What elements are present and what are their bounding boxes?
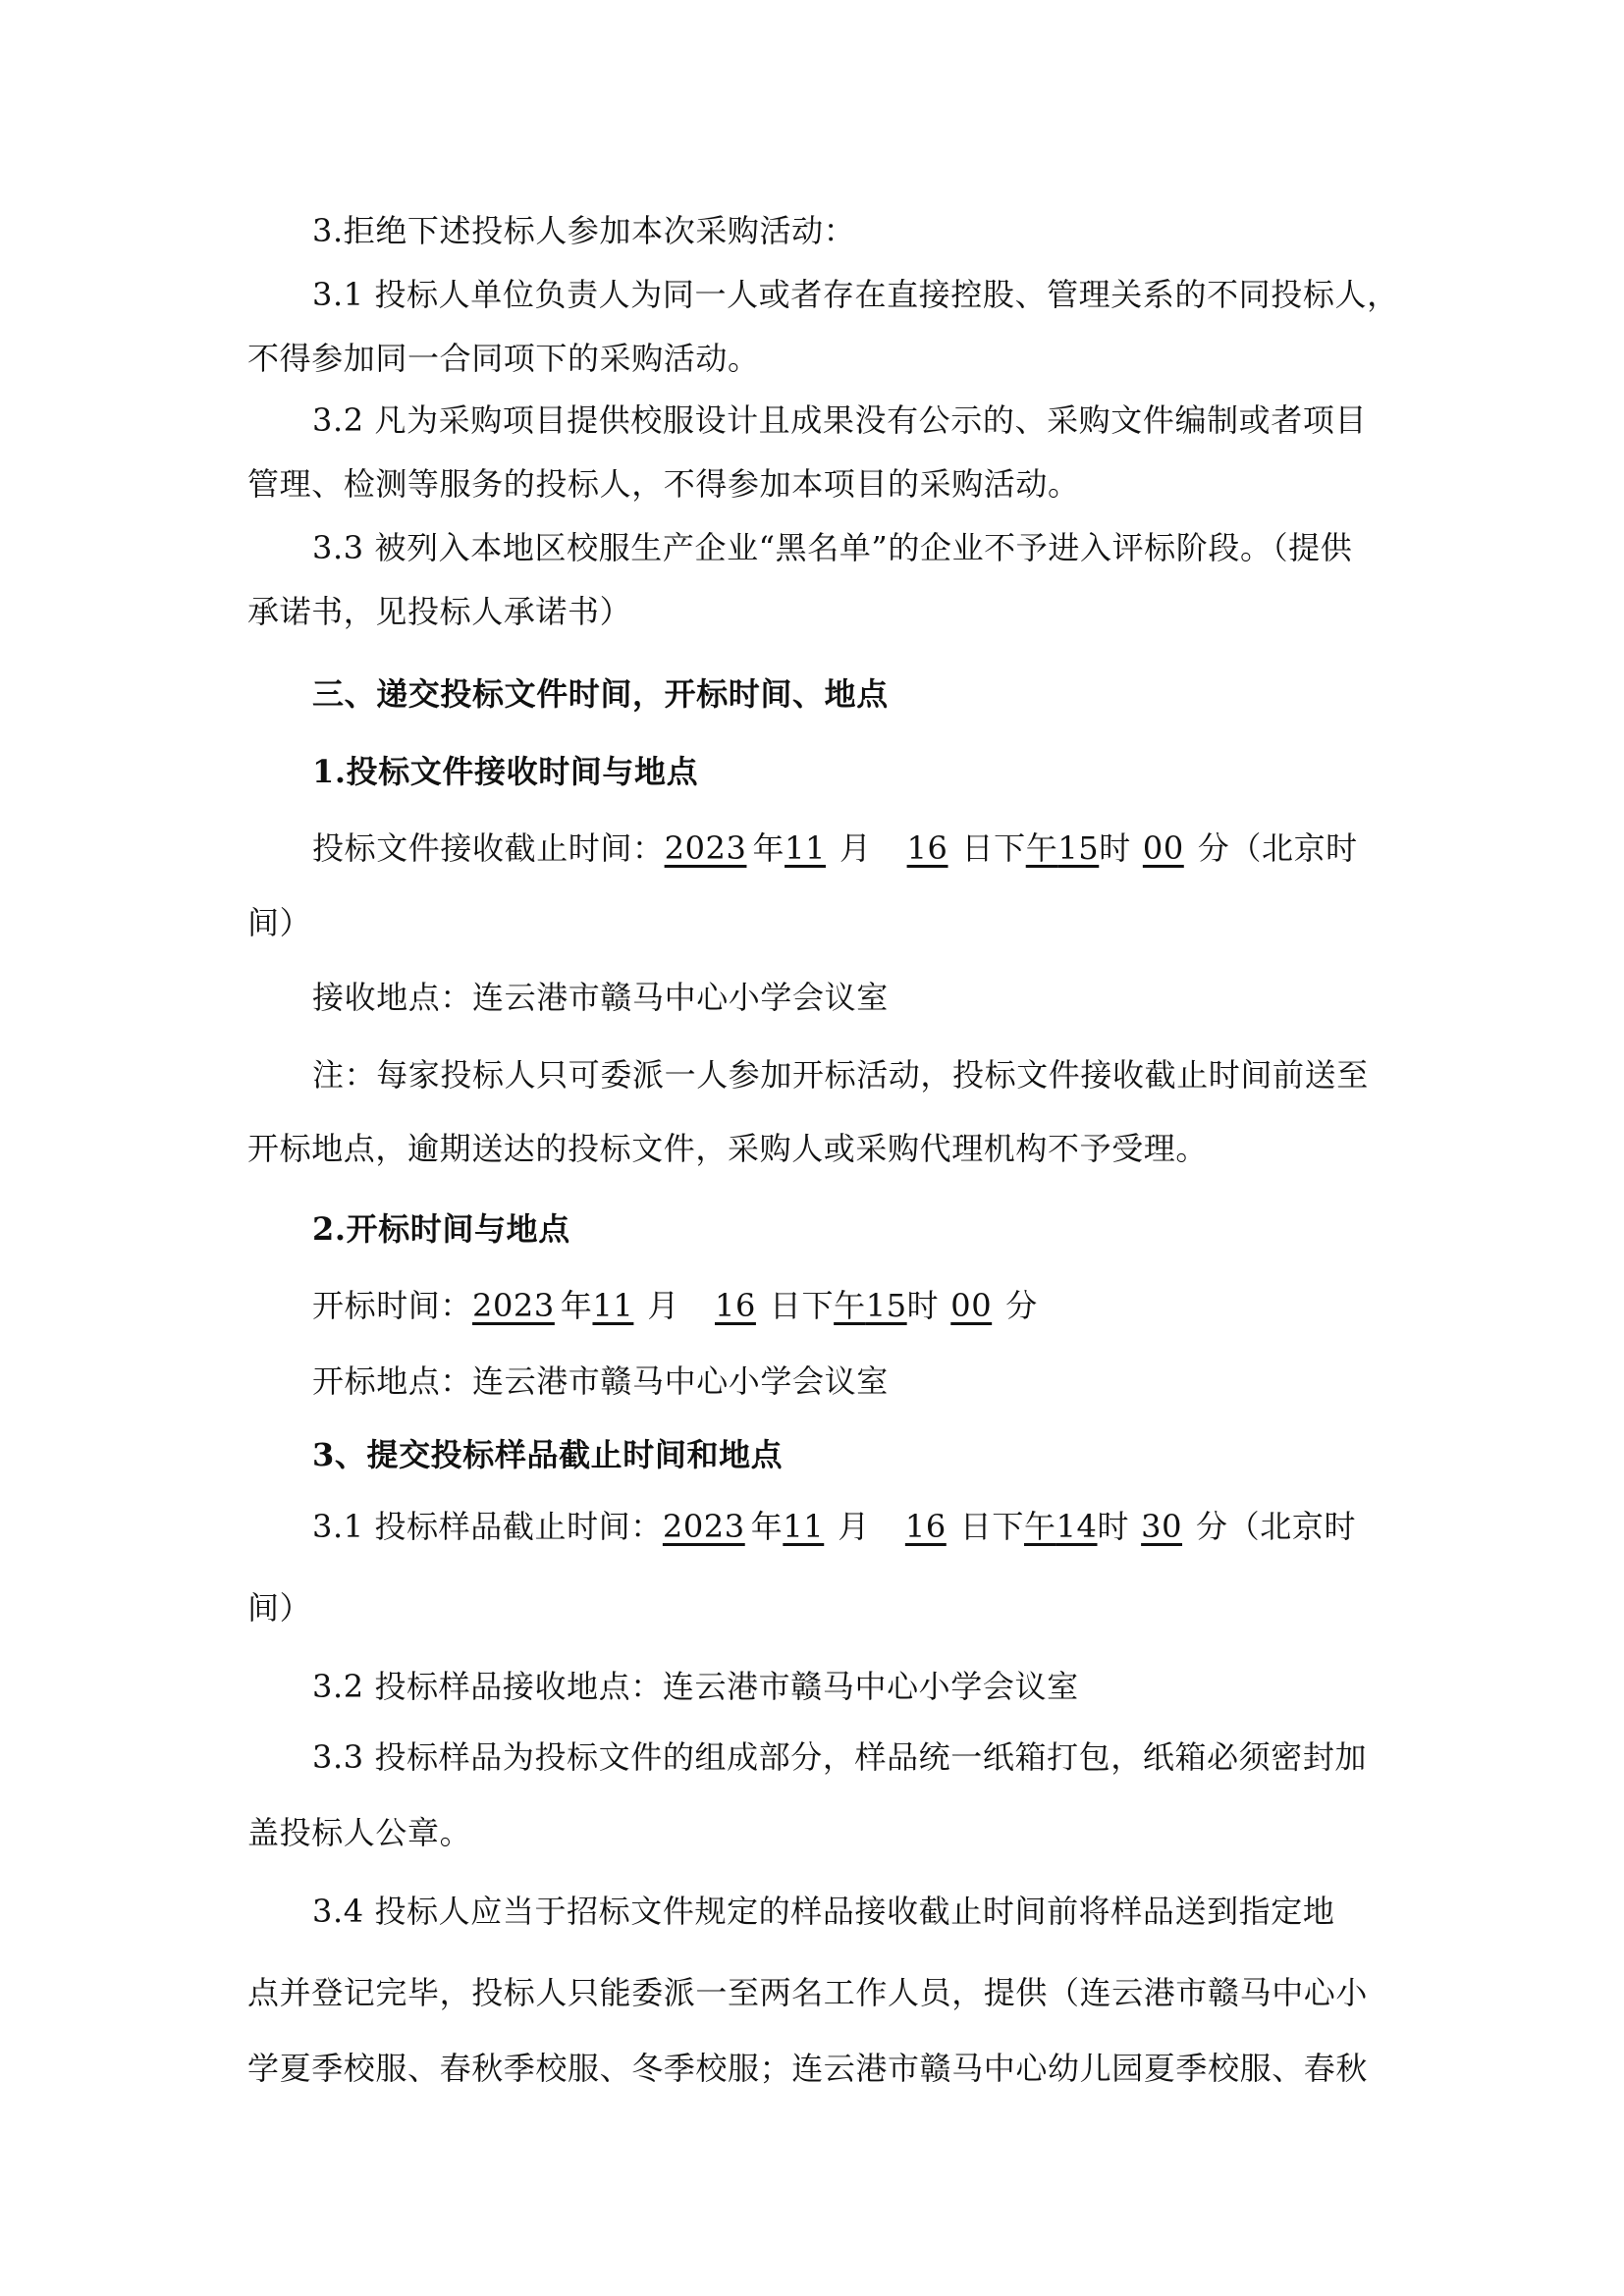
subsection-heading-2: 2.开标时间与地点 xyxy=(312,1207,1392,1251)
subsection-heading-1: 1.投标文件接收时间与地点 xyxy=(312,750,1392,793)
hour-unit: 时 xyxy=(1099,829,1131,867)
bid-deadline-month: 11 xyxy=(785,829,826,867)
minute-unit: 分 xyxy=(1005,1287,1038,1324)
opening-year: 2023 xyxy=(472,1287,555,1324)
year-unit: 年 xyxy=(752,829,785,867)
paragraph-3-2-line1: 3.2 凡为采购项目提供校服设计且成果没有公示的、采购文件编制或者项目 xyxy=(312,399,1392,442)
sample-day: 16 xyxy=(905,1508,947,1545)
sample-year: 2023 xyxy=(663,1508,745,1545)
paragraph-3: 3.拒绝下述投标人参加本次采购活动： xyxy=(312,209,1392,252)
hour-prefix: 午 xyxy=(1026,829,1058,867)
hour-prefix: 午 xyxy=(834,1287,866,1324)
day-unit: 日下 xyxy=(960,1508,1024,1545)
sample-deadline-label: 3.1 投标样品截止时间： xyxy=(312,1508,663,1545)
month-unit: 月 xyxy=(839,829,872,867)
paragraph-sample-3-4-line1: 3.4 投标人应当于招标文件规定的样品接收截止时间前将样品送到指定地 xyxy=(312,1890,1392,1933)
paragraph-3-3-line2: 承诺书，见投标人承诺书） xyxy=(247,590,1392,633)
note-line2: 开标地点，逾期送达的投标文件，采购人或采购代理机构不予受理。 xyxy=(247,1127,1392,1170)
paragraph-3-1-line2: 不得参加同一合同项下的采购活动。 xyxy=(247,337,1392,380)
paragraph-3-3-line1: 3.3 被列入本地区校服生产企业“黑名单”的企业不予进入评标阶段。（提供 xyxy=(312,526,1392,569)
opening-hour: 15 xyxy=(866,1287,907,1324)
bid-deadline-tail: 间） xyxy=(247,901,1392,944)
bid-deadline-label: 投标文件接收截止时间： xyxy=(312,829,665,867)
paragraph-sample-3-4-line3: 学夏季校服、春秋季校服、冬季校服；连云港市赣马中心幼儿园夏季校服、春秋 xyxy=(247,2047,1392,2090)
hour-unit: 时 xyxy=(1098,1508,1130,1545)
sample-month: 11 xyxy=(783,1508,824,1545)
opening-minute: 00 xyxy=(950,1287,992,1324)
sample-minute: 30 xyxy=(1141,1508,1182,1545)
section-heading-3: 三、递交投标文件时间，开标时间、地点 xyxy=(312,672,1392,716)
year-unit: 年 xyxy=(561,1287,593,1324)
paragraph-sample-3-3-line1: 3.3 投标样品为投标文件的组成部分，样品统一纸箱打包，纸箱必须密封加 xyxy=(312,1735,1392,1779)
minute-unit: 分（北京时 xyxy=(1196,1508,1356,1545)
paragraph-3-2-line2: 管理、检测等服务的投标人，不得参加本项目的采购活动。 xyxy=(247,462,1392,506)
receiving-location: 接收地点：连云港市赣马中心小学会议室 xyxy=(312,976,1392,1019)
document-page: 3.拒绝下述投标人参加本次采购活动： 3.1 投标人单位负责人为同一人或者存在直… xyxy=(0,0,1624,2296)
note-line1: 注：每家投标人只可委派一人参加开标活动，投标文件接收截止时间前送至 xyxy=(312,1053,1392,1096)
sample-location: 3.2 投标样品接收地点：连云港市赣马中心小学会议室 xyxy=(312,1665,1392,1708)
paragraph-3-1-line1: 3.1 投标人单位负责人为同一人或者存在直接控股、管理关系的不同投标人， xyxy=(312,273,1392,316)
opening-day: 16 xyxy=(715,1287,756,1324)
opening-month: 11 xyxy=(592,1287,633,1324)
month-unit: 月 xyxy=(647,1287,679,1324)
bid-deadline-line: 投标文件接收截止时间：2023年11月16日下午15时00分（北京时 xyxy=(312,827,1392,870)
opening-time-line: 开标时间：2023年11月16日下午15时00分 xyxy=(312,1284,1392,1327)
opening-time-label: 开标时间： xyxy=(312,1287,472,1324)
bid-deadline-hour: 15 xyxy=(1057,829,1099,867)
bid-deadline-year: 2023 xyxy=(665,829,747,867)
year-unit: 年 xyxy=(751,1508,784,1545)
sample-hour: 14 xyxy=(1056,1508,1098,1545)
opening-location: 开标地点：连云港市赣马中心小学会议室 xyxy=(312,1360,1392,1403)
month-unit: 月 xyxy=(838,1508,870,1545)
hour-unit: 时 xyxy=(907,1287,940,1324)
sample-deadline-tail: 间） xyxy=(247,1586,1392,1629)
bid-deadline-minute: 00 xyxy=(1143,829,1184,867)
bid-deadline-day: 16 xyxy=(907,829,948,867)
paragraph-sample-3-4-line2: 点并登记完毕，投标人只能委派一至两名工作人员，提供（连云港市赣马中心小 xyxy=(247,1971,1392,2014)
minute-unit: 分（北京时 xyxy=(1198,829,1358,867)
sample-deadline-line: 3.1 投标样品截止时间：2023年11月16日下午14时30分（北京时 xyxy=(312,1505,1392,1548)
paragraph-sample-3-3-line2: 盖投标人公章。 xyxy=(247,1811,1392,1854)
day-unit: 日下 xyxy=(770,1287,834,1324)
day-unit: 日下 xyxy=(962,829,1026,867)
hour-prefix: 午 xyxy=(1024,1508,1056,1545)
subsection-heading-3: 3、提交投标样品截止时间和地点 xyxy=(312,1433,1392,1476)
